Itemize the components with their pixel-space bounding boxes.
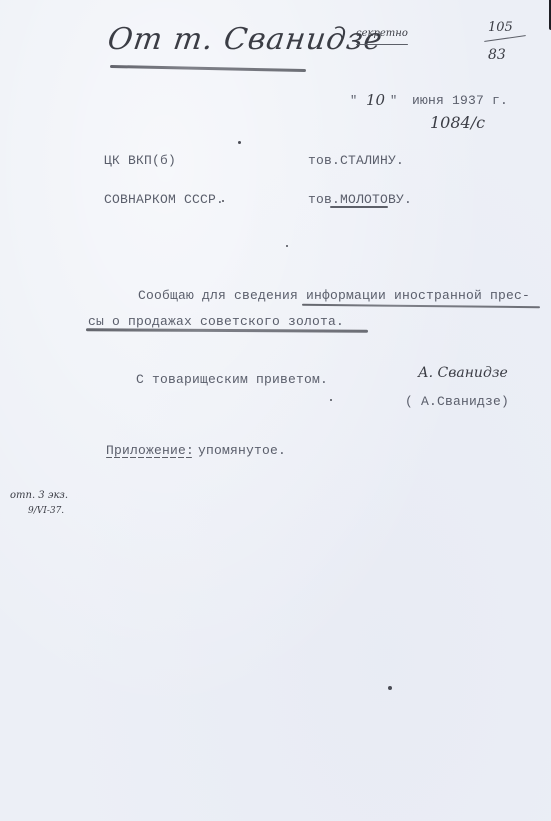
paper-speck [222,200,224,202]
annex-value: упомянутое. [198,443,286,458]
date-close-quote: " [390,94,397,108]
registration-number: 1084/с [430,113,485,132]
body-line-1: Сообщаю для сведения информации иностран… [138,288,530,303]
addressee-organization-1: ЦК ВКП(б) [104,153,176,168]
addressee-organization-2: СОВНАРКОМ СССР. [104,192,224,207]
sheet-number: 83 [488,47,506,63]
typed-signature: ( А.Сванидзе) [405,394,509,409]
addressee-person-1: тов.СТАЛИНУ. [308,153,404,168]
addressee-person-2: тов.МОЛОТОВУ. [308,192,412,207]
title-underline [110,65,306,72]
sheet-number-struck: 105 [488,20,513,35]
sheet-number-strike-line [484,35,526,42]
date-day: 10 [366,91,385,109]
date-open-quote: " [350,94,357,108]
annex-label: Приложение: [106,443,194,458]
handwritten-title: От т. Сванидзе [106,22,386,57]
molotov-underline [330,206,388,208]
body-line-2: сы о продажах советского золота. [88,314,344,329]
margin-note-line-1: отп. 3 экз. [10,490,68,501]
paper-speck [238,141,241,144]
body-underline-2 [86,328,368,332]
margin-note-line-2: 9/VI-37. [28,506,64,516]
paper-speck [330,399,332,401]
paper-speck [286,245,288,247]
date-month-year: июня 1937 г. [412,93,508,108]
annex-label-underline [106,457,192,458]
body-underline-1 [302,304,540,308]
document-page: От т. Сванидзе секретно 105 83 " 10 " ию… [0,0,551,821]
paper-speck [388,686,392,690]
handwritten-secrecy-note: секретно [356,28,408,39]
secrecy-note-underline [356,44,408,45]
closing-salutation: С товарищеским приветом. [136,372,328,387]
handwritten-signature: А. Сванидзе [418,365,508,381]
